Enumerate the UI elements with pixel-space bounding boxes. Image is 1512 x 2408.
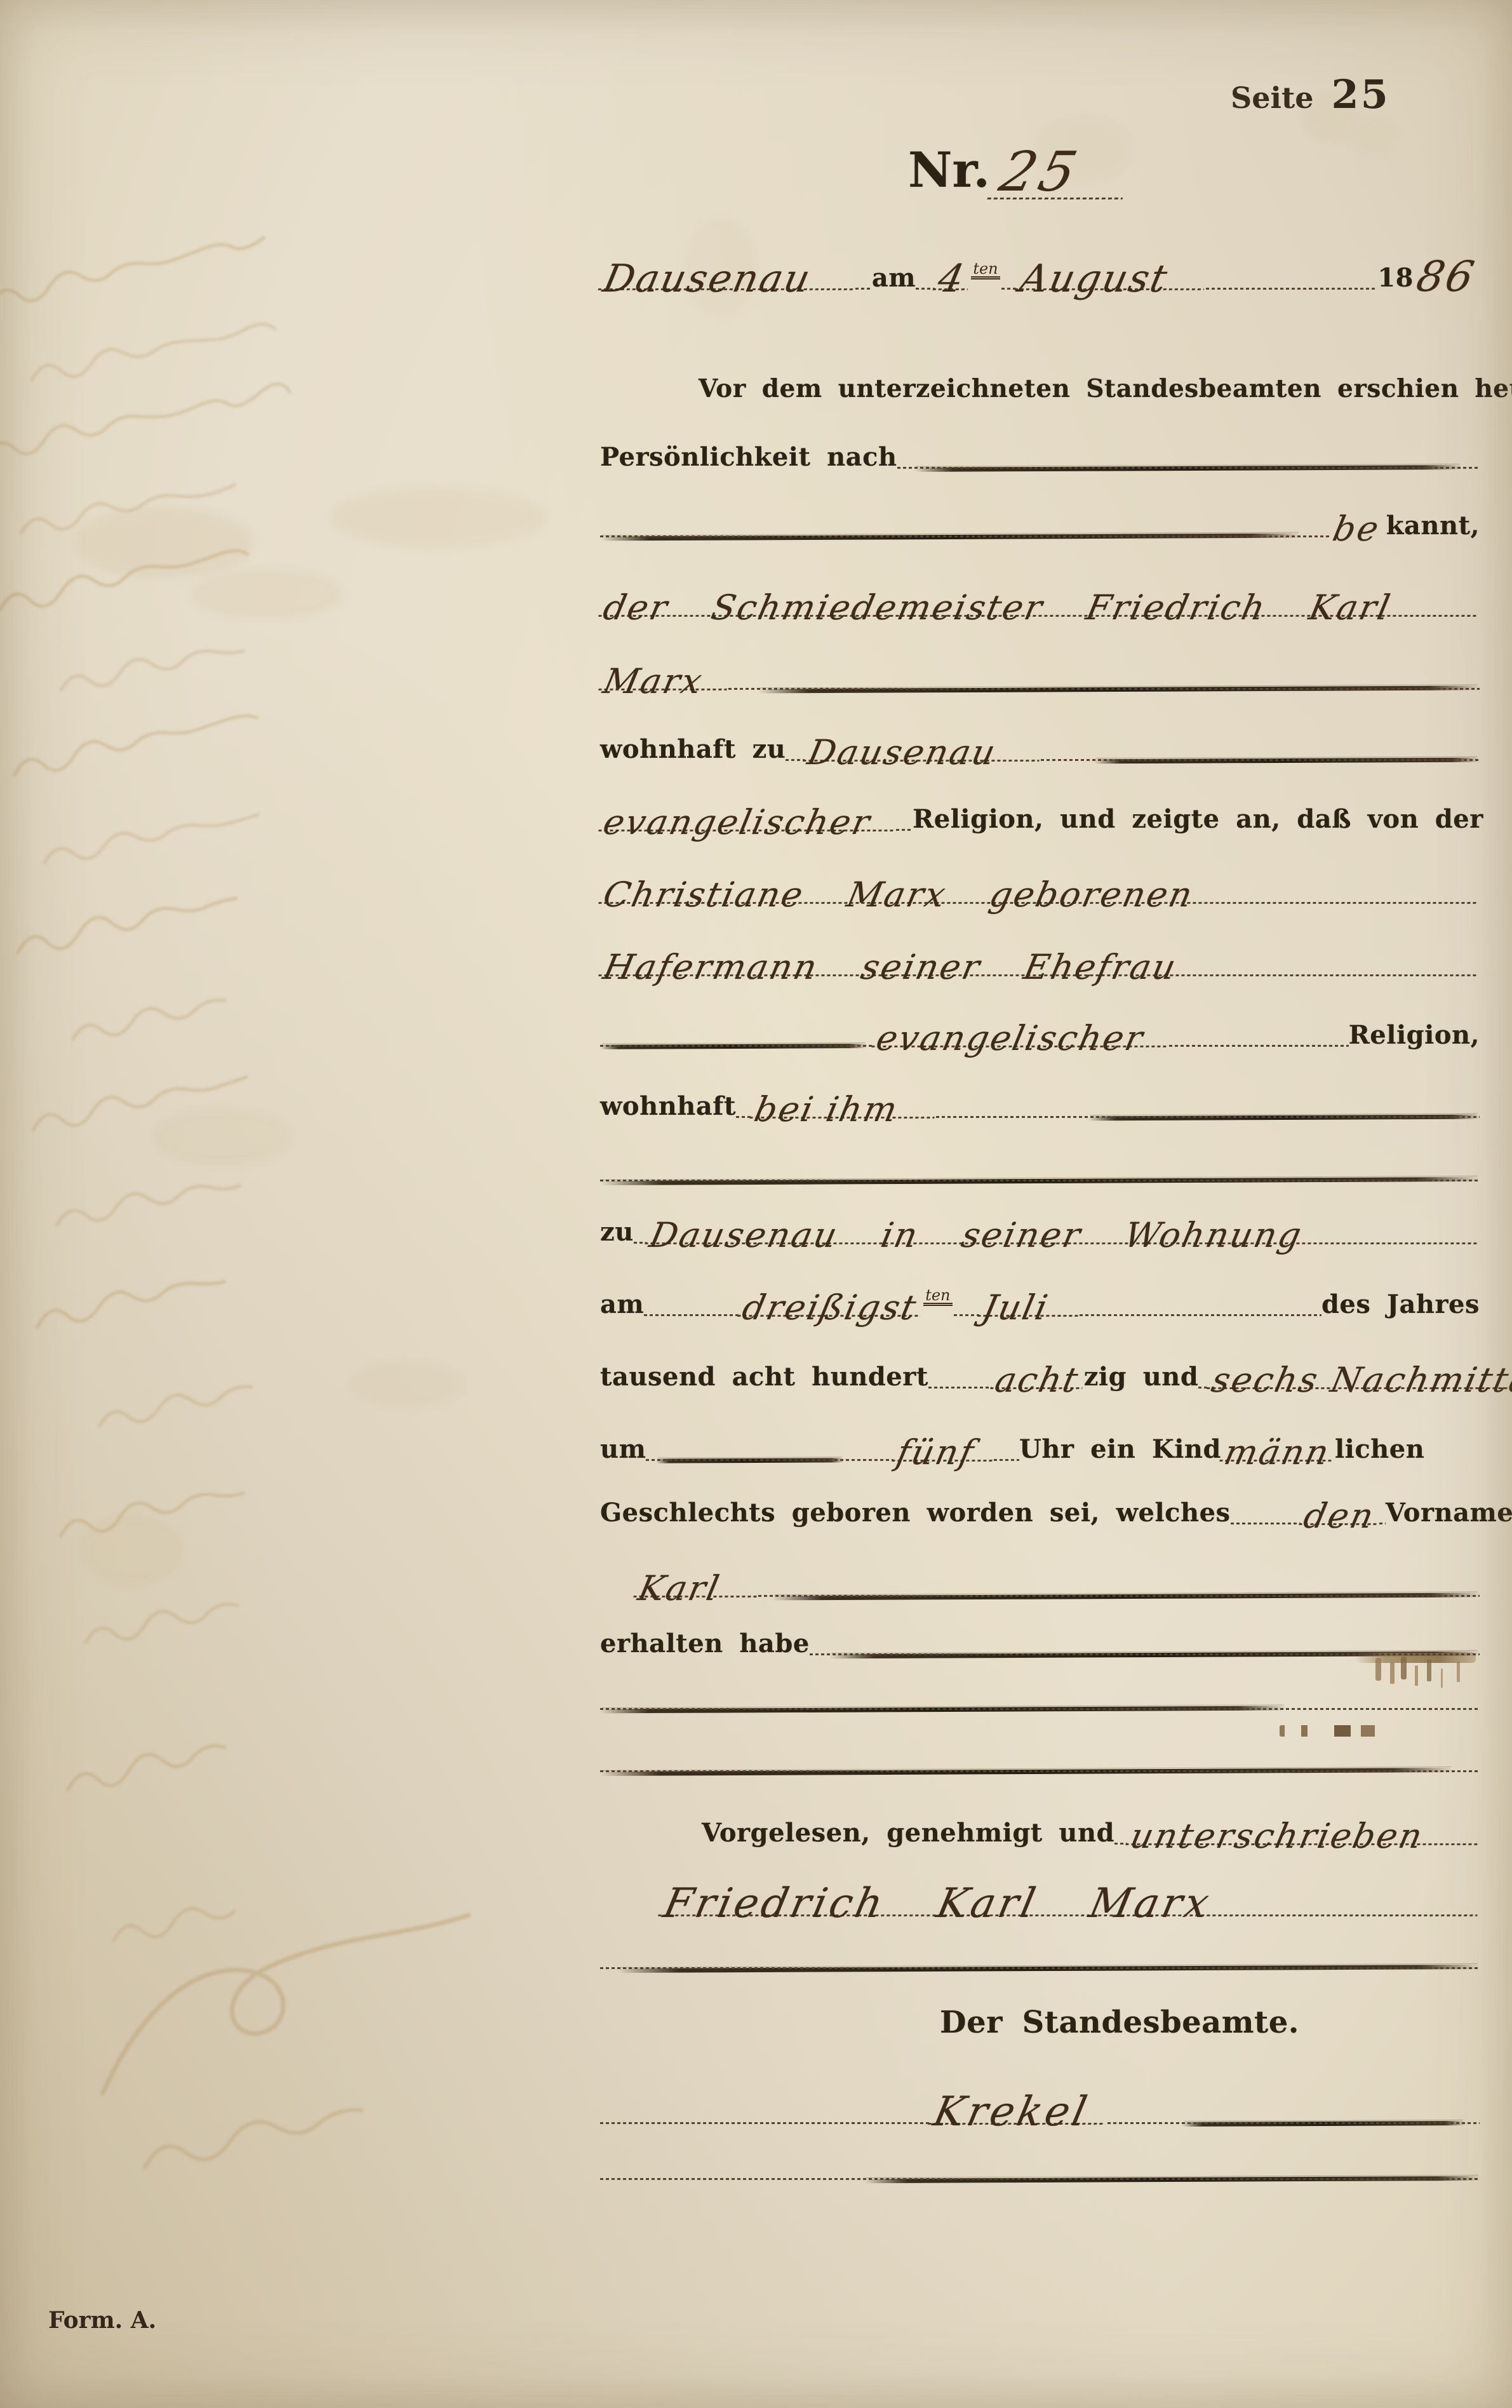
handwritten-text: unterschrieben — [1123, 1820, 1483, 1853]
strike-line — [600, 1706, 1286, 1714]
fill-line — [600, 992, 873, 1056]
mother-religion-line: evangelischerReligion, — [600, 992, 1480, 1056]
fill-line — [897, 424, 1480, 478]
printed-text: um — [600, 1437, 646, 1470]
personality-line: Persönlichkeit nach — [600, 424, 1480, 478]
handwritten-text: Krekel — [926, 2093, 1112, 2133]
register-page: { "meta": { "page_label": "Seite", "page… — [0, 0, 1512, 2408]
fill-line — [736, 1063, 751, 1127]
handwritten-text: Karl — [631, 1572, 761, 1606]
page-number-label: Seite — [1231, 81, 1313, 115]
fill-line — [1206, 235, 1378, 299]
fill-line — [954, 1261, 979, 1325]
superscript-text: ten — [923, 1288, 952, 1306]
declarant-line-2: Marx — [600, 635, 1480, 699]
handwritten-text: Dausenau — [596, 261, 859, 299]
erhalten-habe-line: erhalten habe — [600, 1611, 1480, 1664]
fill-line — [855, 235, 872, 299]
printed-text: am — [872, 266, 916, 299]
declarant-line-1: der Schmiedemeister Friedrich Karl — [600, 562, 1480, 625]
strike-line — [1182, 2121, 1465, 2127]
declarant-signature-line: Friedrich Karl Marx — [660, 1859, 1480, 1925]
printed-text: tausend acht hundert — [600, 1364, 928, 1397]
printed-text: Religion, und zeigte an, daß von der — [913, 807, 1483, 840]
handwritten-text: den — [1297, 1500, 1383, 1533]
handwritten-text: Hafermann seiner Ehefrau — [596, 951, 1483, 985]
struck-blank-line — [600, 1931, 1480, 1978]
printed-text: zig und — [1084, 1364, 1199, 1397]
strike-line — [600, 1768, 1453, 1776]
handwritten-text: acht — [988, 1364, 1087, 1397]
fill-line — [600, 493, 1330, 546]
strike-line — [1088, 1115, 1480, 1121]
registrar-title-line: Der Standesbeamte. — [940, 1992, 1511, 2045]
printed-text: zu — [600, 1220, 634, 1253]
fill-line — [600, 1143, 1480, 1190]
handwritten-text: männ — [1217, 1436, 1338, 1470]
printed-text: wohnhaft zu — [600, 737, 786, 770]
fill-line — [1379, 1480, 1386, 1533]
strike-line — [656, 1458, 844, 1463]
birthplace-line: zuDausenau in seiner Wohnung — [600, 1189, 1480, 1253]
record-number-line: Nr. 25 — [908, 126, 1129, 197]
firstname-line: Karl — [635, 1542, 1480, 1606]
mother-name-line-1: Christiane Marx geborenen — [600, 849, 1480, 912]
handwritten-text: Marx — [596, 665, 732, 699]
residence-line: wohnhaft zuDausenau — [600, 706, 1480, 770]
mother-residence-line: wohnhaftbei ihm — [600, 1063, 1480, 1127]
strike-line — [1094, 758, 1480, 764]
strike-line — [600, 534, 1301, 541]
birthyear-line: tausend acht hundertachtzig undsechs Nac… — [600, 1334, 1480, 1397]
registrar-signature-line: Krekel — [600, 2072, 1480, 2133]
printed-text: Religion, — [1349, 1023, 1480, 1056]
printed-text: am — [600, 1292, 644, 1325]
strike-line — [600, 1044, 867, 1049]
handwritten-text: Dausenau in seiner Wohnung — [643, 1219, 1483, 1253]
struck-blank-line — [600, 1672, 1480, 1719]
strike-line — [618, 1965, 1480, 1973]
fill-line — [600, 1931, 1480, 1978]
dateline: Dausenauam4tenAugust1886 — [600, 235, 1480, 299]
printed-text: Vor dem unterzeichneten Standesbeamten e… — [699, 377, 1512, 409]
fill-line — [1107, 2072, 1480, 2133]
printed-text: lichen — [1335, 1437, 1424, 1470]
handwritten-text: der Schmiedemeister Friedrich Karl — [596, 591, 1483, 625]
fill-line — [994, 1406, 1019, 1470]
fill-line — [896, 776, 913, 840]
struck-blank-line — [600, 1734, 1480, 1781]
printed-text: Der Standesbeamte. — [940, 2007, 1299, 2045]
mother-name-line-2: Hafermann seiner Ehefrau — [600, 921, 1480, 985]
form-note: Form. A. — [48, 2307, 156, 2334]
fill-line — [1041, 706, 1480, 770]
printed-text: wohnhaft — [600, 1094, 736, 1127]
handwritten-text: evangelischer — [596, 806, 899, 840]
fill-line — [600, 1734, 1480, 1781]
gender-line: Geschlechts geboren worden sei, welchesd… — [600, 1480, 1480, 1533]
fill-line — [936, 1063, 1480, 1127]
printed-text: kannt, — [1386, 513, 1480, 546]
fill-line — [1231, 1480, 1301, 1533]
closing-line: Vorgelesen, genehmigt undunterschrieben — [702, 1796, 1480, 1853]
fill-line — [646, 1406, 893, 1470]
strike-line — [772, 1593, 1480, 1601]
birthtime-line: umfünfUhr ein Kindmännlichen — [600, 1406, 1480, 1470]
fill-line — [810, 1611, 1480, 1664]
printed-text: Vorgelesen, genehmigt und — [702, 1820, 1114, 1853]
handwritten-text: bei ihm — [747, 1093, 940, 1127]
handwritten-text: be — [1327, 513, 1390, 546]
printed-text: Persönlichkeit nach — [600, 445, 897, 478]
handwritten-text: sechs Nachmittags — [1205, 1364, 1512, 1397]
fill-line — [758, 1542, 1480, 1606]
fill-line — [1080, 1261, 1321, 1325]
struck-blank-line — [600, 2142, 1480, 2189]
handwritten-text: August — [1012, 261, 1209, 299]
printed-text: Vornamen — [1386, 1500, 1512, 1533]
handwritten-text: evangelischer — [869, 1022, 1172, 1056]
strike-line — [864, 2176, 1480, 2183]
fill-line — [916, 235, 935, 299]
fill-line — [600, 1672, 1480, 1719]
page-number-value: 25 — [1331, 71, 1389, 118]
record-number-label: Nr. — [908, 146, 990, 197]
strike-line — [600, 1177, 1480, 1185]
printed-text: Uhr ein Kind — [1019, 1437, 1221, 1470]
fill-line — [928, 1334, 992, 1397]
birthdate-line: amdreißigsttenJulides Jahres — [600, 1261, 1480, 1325]
superscript-text: ten — [971, 261, 1000, 279]
page-number: Seite 25 — [1231, 71, 1390, 118]
handwritten-text: dreißigst — [736, 1291, 926, 1325]
strike-line — [914, 465, 1462, 472]
handwritten-text: Christiane Marx geborenen — [596, 878, 1483, 912]
fill-line — [644, 1261, 739, 1325]
handwritten-text: Friedrich Karl Marx — [656, 1885, 1483, 1925]
strike-line — [758, 686, 1480, 694]
printed-text: 18 — [1377, 266, 1414, 299]
printed-text: erhalten habe — [600, 1631, 810, 1664]
intro-line: Vor dem unterzeichneten Standesbeamten e… — [699, 356, 1480, 409]
fill-line — [728, 635, 1480, 699]
fill-line — [600, 2142, 1480, 2189]
printed-text: Geschlechts geboren worden sei, welches — [600, 1500, 1231, 1533]
handwritten-text: fünf — [890, 1436, 998, 1470]
fill-line — [1169, 992, 1349, 1056]
record-number-value: 25 — [984, 148, 1135, 197]
struck-blank-line — [600, 1143, 1480, 1190]
bekannt-line: bekannt, — [600, 493, 1480, 546]
handwritten-text: Dausenau — [801, 736, 1045, 770]
religion-line: evangelischerReligion, und zeigte an, da… — [600, 776, 1480, 840]
handwritten-text: Juli — [975, 1291, 1083, 1325]
fill-line — [786, 706, 805, 770]
fill-line — [600, 2072, 930, 2133]
printed-text: des Jahres — [1321, 1292, 1480, 1325]
handwritten-text: 86 — [1409, 257, 1484, 299]
handwritten-text: 4 — [931, 261, 974, 299]
